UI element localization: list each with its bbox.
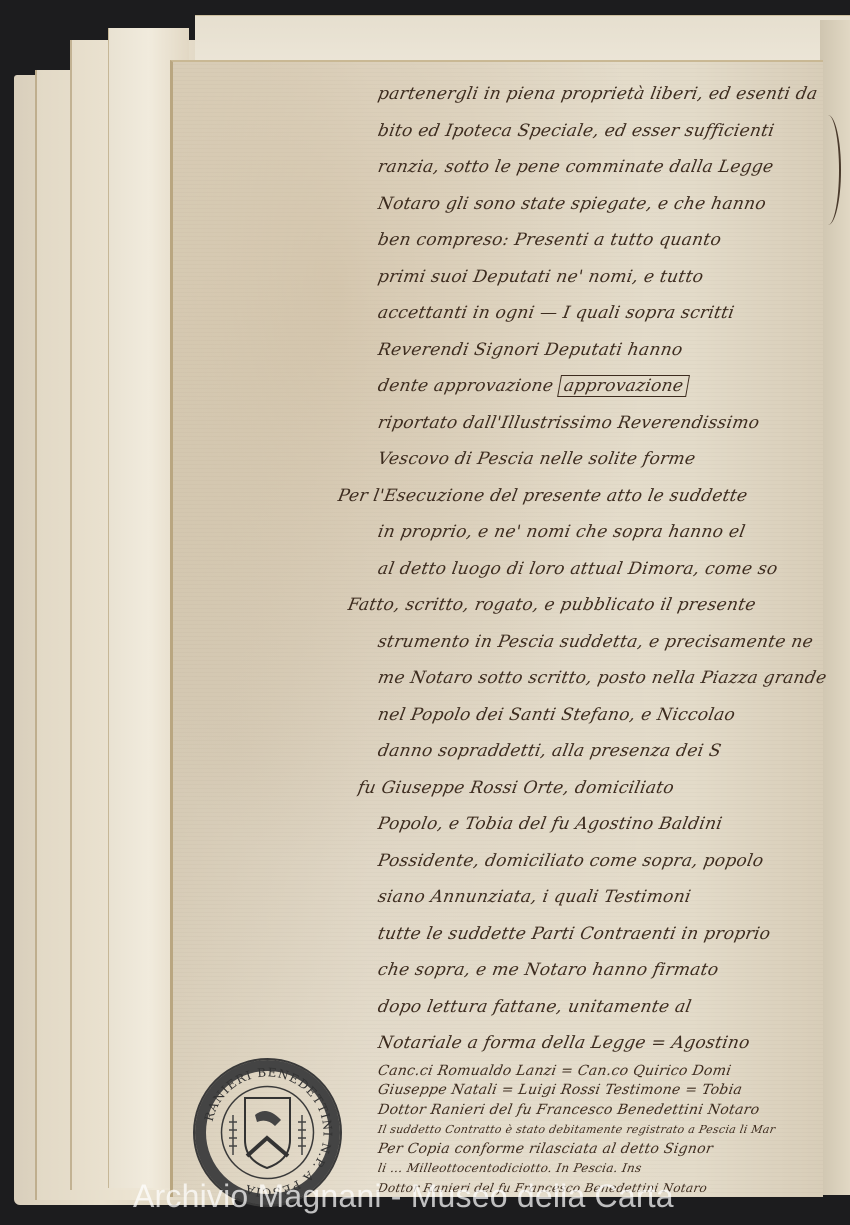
text-line: bito ed Ipoteca Speciale, ed esser suffi… [375,113,850,150]
text-line: ranzia, sotto le pene comminate dalla Le… [375,149,850,186]
text-line: Possidente, domiciliato come sopra, popo… [375,843,850,880]
registration-line: Il suddetto Contratto è stato debitament… [376,1120,849,1140]
text-line: fu Giuseppe Rossi Orte, domiciliato [355,770,850,807]
text-line: Popolo, e Tobia del fu Agostino Baldini [375,806,850,843]
text-line: danno sopraddetti, alla presenza dei S [375,733,850,770]
text-line: siano Annunziata, i quali Testimoni [375,879,850,916]
signature-line: Giuseppe Natali = Luigi Rossi Testimone … [376,1081,849,1101]
text-line: Reverendi Signori Deputati hanno [375,332,850,369]
text-line: che sopra, e me Notaro hanno firmato [375,952,850,989]
text-line: me Notaro sotto scritto, posto nella Pia… [375,660,850,697]
text-line: dopo lettura fattane, unitamente al [375,989,850,1026]
text-line: Vescovo di Pescia nelle solite forme [375,441,850,478]
text-line: nel Popolo dei Santi Stefano, e Niccolao [375,697,850,734]
handwritten-body: partenergli in piena proprietà liberi, e… [378,76,848,1198]
text-line: al detto luogo di loro attual Dimora, co… [375,551,850,588]
archive-watermark: Archivio Magnani - Museo della Carta [133,1178,674,1215]
signature-line: Per Copia conforme rilasciata al detto S… [376,1140,849,1160]
text-line: strumento in Pescia suddetta, e precisam… [375,624,850,661]
boxed-word: approvazione [557,375,690,397]
text-line: Notaro gli sono state spiegate, e che ha… [375,186,850,223]
text-line: tutte le suddette Parti Contraenti in pr… [375,916,850,953]
text-fragment: dente approvazione [376,376,555,396]
margin-bracket [815,115,841,225]
signature-line: li ... Milleottocentodiciotto. In Pescia… [376,1159,849,1179]
text-line: ben compreso: Presenti a tutto quanto [375,222,850,259]
text-line: partenergli in piena proprietà liberi, e… [375,76,850,113]
text-line: accettanti in ogni — I quali sopra scrit… [375,295,850,332]
text-line: Notariale a forma della Legge = Agostino [375,1025,850,1062]
signature-line: Canc.ci Romualdo Lanzi = Can.co Quirico … [376,1062,849,1082]
text-line: in proprio, e ne' nomi che sopra hanno e… [375,514,850,551]
text-line: dente approvazione approvazione [375,368,850,405]
text-line: Fatto, scritto, rogato, e pubblicato il … [345,587,850,624]
signature-line: Dottor Ranieri del fu Francesco Benedett… [376,1101,849,1121]
text-line: Per l'Esecuzione del presente atto le su… [335,478,850,515]
text-line: riportato dall'Illustrissimo Reverendiss… [375,405,850,442]
text-line: primi suoi Deputati ne' nomi, e tutto [375,259,850,296]
document-page: partenergli in piena proprietà liberi, e… [170,60,823,1197]
